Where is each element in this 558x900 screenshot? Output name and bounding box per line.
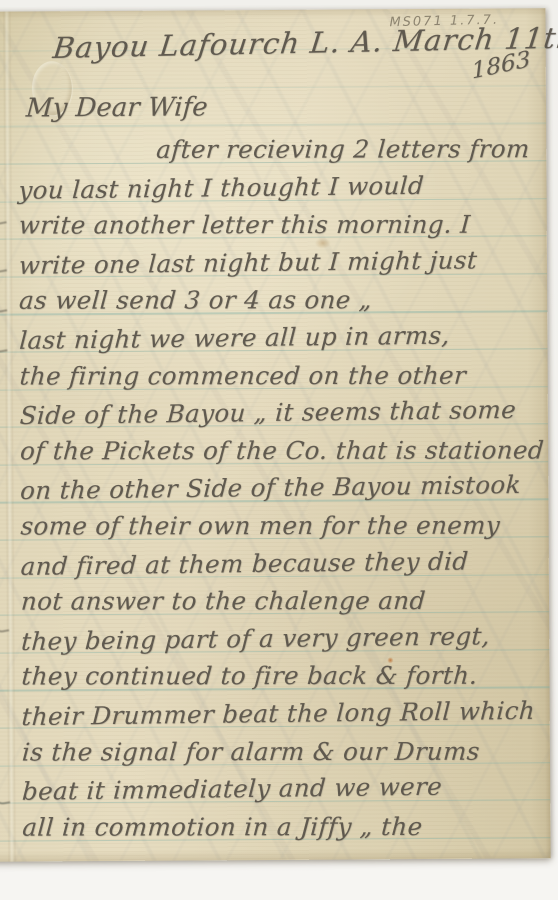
letter-line: is the signal for alarm & our Drums bbox=[21, 736, 481, 767]
letter-line: some of their own men for the enemy bbox=[20, 511, 501, 542]
letter-line: the firing commenced on the other bbox=[19, 360, 467, 391]
letter-line: and fired at them because they did bbox=[20, 546, 469, 581]
scan-background: MS071 1.7.7. Bayou Lafourch L. A. March … bbox=[0, 0, 558, 900]
letter-line: their Drummer beat the long Roll which bbox=[21, 696, 536, 732]
ruled-line bbox=[0, 85, 546, 90]
letter-line: of the Pickets of the Co. that is statio… bbox=[19, 435, 545, 466]
letter-line: they continued to fire back & forth. bbox=[21, 661, 479, 692]
letter-line: as well send 3 or 4 as one „ bbox=[18, 286, 373, 317]
letter-line: beat it immediately and we were bbox=[21, 772, 443, 807]
ruled-lines bbox=[0, 8, 545, 11]
letter-line: all in commotion in a Jiffy „ the bbox=[21, 812, 423, 843]
letter-line: you last night I thought I would bbox=[18, 170, 425, 205]
fold-crease bbox=[3, 12, 15, 862]
letter-page: MS071 1.7.7. Bayou Lafourch L. A. March … bbox=[0, 8, 551, 861]
letter-line: on the other Side of the Bayou mistook bbox=[19, 470, 521, 506]
letter-line: after recieving 2 letters from bbox=[155, 134, 530, 165]
letter-line: write one last night but I might just bbox=[18, 245, 478, 281]
salutation: My Dear Wife bbox=[25, 92, 209, 123]
letter-line: they being part of a very green regt, bbox=[20, 621, 491, 657]
letter-line: not answer to the chalenge and bbox=[20, 586, 427, 617]
letter-body: after recieving 2 letters fromyou last n… bbox=[0, 8, 545, 11]
letter-line: Side of the Bayou „ it seems that some bbox=[19, 395, 517, 431]
letter-line: last night we were all up in arms, bbox=[18, 321, 450, 356]
letter-line: write another letter this morning. I bbox=[18, 210, 472, 241]
ruled-line bbox=[0, 123, 546, 128]
